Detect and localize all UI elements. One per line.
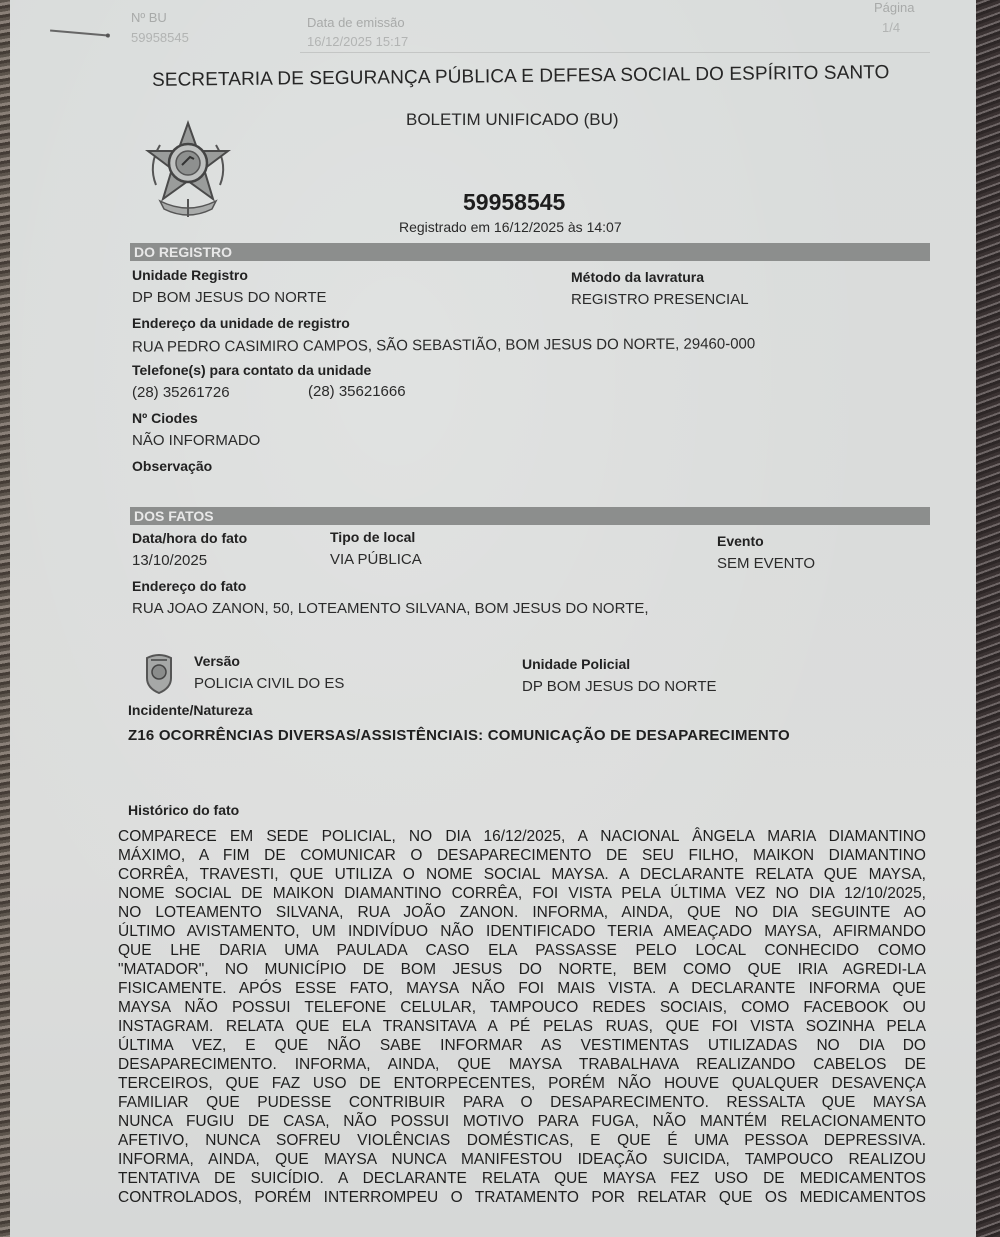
data-fato-value: 13/10/2025 xyxy=(132,552,207,569)
pen-mark xyxy=(50,29,108,36)
historico-line: COMPARECE EM SEDE POLICIAL, NO DIA 16/12… xyxy=(118,827,926,846)
unidade-policial-label: Unidade Policial xyxy=(522,656,630,672)
endereco-unidade-value: RUA PEDRO CASIMIRO CAMPOS, SÃO SEBASTIÃO… xyxy=(132,335,755,355)
historico-line: NOME SOCIAL DE MAIKON DIAMANTINO CORRÊA,… xyxy=(118,884,926,903)
section-header-registro: DO REGISTRO xyxy=(130,243,930,261)
historico-line: FAMILIAR QUE PUDESSE CONTRIBUIR PARA O D… xyxy=(118,1093,926,1112)
historico-line: AFETIVO, NUNCA SOFREU VIOLÊNCIAS DOMÉSTI… xyxy=(118,1131,926,1150)
coat-of-arms-icon xyxy=(138,115,238,223)
versao-value: POLICIA CIVIL DO ES xyxy=(194,675,344,692)
telefone-2: (28) 35621666 xyxy=(308,383,406,400)
historico-line: NUNCA FUGIU DE CASA, NÃO POSSUI MOTIVO P… xyxy=(118,1112,926,1131)
tipo-local-value: VIA PÚBLICA xyxy=(330,551,422,568)
endereco-fato-label: Endereço do fato xyxy=(132,578,246,594)
historico-line: FISICAMENTE. APÓS ESSE FATO, MAYSA NÃO F… xyxy=(118,979,926,998)
historico-line: TERCEIROS, QUE FAZ USO DE ENTORPECENTES,… xyxy=(118,1074,926,1093)
historico-line: CORRÊA, TRAVESTI, QUE UTILIZA O NOME SOC… xyxy=(118,865,926,884)
telefones-label: Telefone(s) para contato da unidade xyxy=(132,362,371,378)
historico-line: NO LOTEAMENTO SILVANA, RUA JOÃO ZANON. I… xyxy=(118,903,926,922)
historico-label: Histórico do fato xyxy=(128,802,239,818)
historico-line: TENTATIVA DE SUICÍDIO. A DECLARANTE RELA… xyxy=(118,1169,926,1188)
telefone-1: (28) 35261726 xyxy=(132,384,230,401)
historico-text: COMPARECE EM SEDE POLICIAL, NO DIA 16/12… xyxy=(118,827,926,1207)
versao-label: Versão xyxy=(194,653,240,669)
historico-line: CONTROLADOS, PORÉM INTERROMPEU O TRATAME… xyxy=(118,1188,926,1207)
endereco-fato-value: RUA JOAO ZANON, 50, LOTEAMENTO SILVANA, … xyxy=(132,600,649,617)
historico-line: INSTAGRAM. RELATA QUE ELA TRANSITAVA A P… xyxy=(118,1017,926,1036)
historico-line: MAYSA NÃO POSSUI TELEFONE CELULAR, TAMPO… xyxy=(118,998,926,1017)
background-surface-right xyxy=(976,0,1000,1237)
endereco-unidade-label: Endereço da unidade de registro xyxy=(132,315,350,331)
bu-number-label: Nº BU xyxy=(131,10,167,25)
natureza-label: Incidente/Natureza xyxy=(128,702,252,718)
ciodes-label: Nº Ciodes xyxy=(132,410,198,426)
evento-value: SEM EVENTO xyxy=(717,555,815,572)
emission-date-value: 16/12/2025 15:17 xyxy=(307,34,408,49)
document-page: Nº BU 59958545 Data de emissão 16/12/202… xyxy=(10,0,976,1237)
historico-line: ÚLTIMO AVISTAMENTO, UM INDIVÍDUO NÃO IDE… xyxy=(118,922,926,941)
tipo-local-label: Tipo de local xyxy=(330,529,415,545)
historico-line: "MATADOR", NO MUNICÍPIO DE BOM JESUS DO … xyxy=(118,960,926,979)
observacao-label: Observação xyxy=(132,458,212,474)
page-label: Página xyxy=(874,0,914,15)
unidade-policial-value: DP BOM JESUS DO NORTE xyxy=(522,678,716,695)
historico-line: QUE LHE DARIA UMA PAULADA CASO ELA PASSA… xyxy=(118,941,926,960)
header-divider xyxy=(300,52,930,53)
evento-label: Evento xyxy=(717,533,764,549)
police-badge-icon xyxy=(143,652,175,694)
historico-line: DESAPARECIMENTO. INFORMA, AINDA, QUE MAY… xyxy=(118,1055,926,1074)
historico-line: INFORMA, AINDA, QUE MAYSA NUNCA MANIFEST… xyxy=(118,1150,926,1169)
natureza-value: Z16 OCORRÊNCIAS DIVERSAS/ASSISTÊNCIAIS: … xyxy=(128,727,790,744)
metodo-lavratura-label: Método da lavratura xyxy=(571,269,704,285)
data-fato-label: Data/hora do fato xyxy=(132,530,247,546)
page-number: 1/4 xyxy=(882,20,900,35)
unidade-registro-value: DP BOM JESUS DO NORTE xyxy=(132,289,326,306)
historico-line: MÁXIMO, A FIM DE COMUNICAR O DESAPARECIM… xyxy=(118,846,926,865)
document-subtitle: BOLETIM UNIFICADO (BU) xyxy=(406,110,619,130)
ciodes-value: NÃO INFORMADO xyxy=(132,432,260,449)
registration-datetime: Registrado em 16/12/2025 às 14:07 xyxy=(399,219,622,235)
document-title: SECRETARIA DE SEGURANÇA PÚBLICA E DEFESA… xyxy=(152,62,890,92)
bu-number-value: 59958545 xyxy=(131,30,189,45)
emission-date-label: Data de emissão xyxy=(307,15,405,30)
bu-number: 59958545 xyxy=(463,189,565,216)
metodo-lavratura-value: REGISTRO PRESENCIAL xyxy=(571,291,749,308)
unidade-registro-label: Unidade Registro xyxy=(132,267,248,283)
background-surface-left xyxy=(0,0,10,1237)
historico-line: ÚLTIMA VEZ, E QUE NÃO SABE INFORMAR AS V… xyxy=(118,1036,926,1055)
section-header-fatos: DOS FATOS xyxy=(130,507,930,525)
